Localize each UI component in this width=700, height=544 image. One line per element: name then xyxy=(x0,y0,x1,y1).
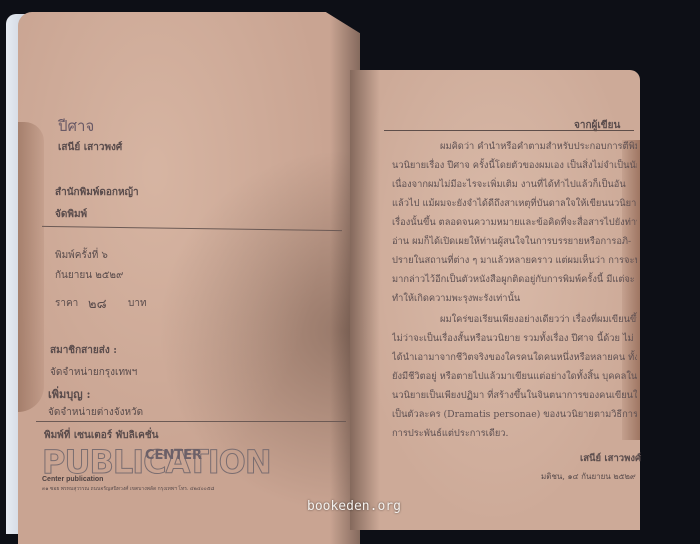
distribution-provinces: จัดจำหน่ายต่างจังหวัด xyxy=(48,405,143,420)
author-signature: เสนีย์ เสาวพงศ์ xyxy=(580,451,641,466)
text-line: ไม่ว่าจะเป็นเรื่องสั้นหรือนวนิยาย รวมทั้… xyxy=(392,329,637,348)
text-line: ยังมีชีวิตอยู่ หรือตายไปแล้วมาเขียนแต่อย… xyxy=(392,367,637,386)
text-line: เป็นตัวละคร (Dramatis personae) ของนวนิย… xyxy=(392,405,637,424)
text-line: ปรายในสถานที่ต่าง ๆ มาแล้วหลายคราว แต่ผม… xyxy=(392,251,637,270)
text-line: ได้นำเอามาจากชีวิตจริงของใครคนใดคนหนึ่งห… xyxy=(392,348,637,367)
price-label: ราคา xyxy=(55,296,78,311)
publisher-name: สำนักพิมพ์ดอกหญ้า xyxy=(55,185,139,200)
center-logo-overlay: CENTER xyxy=(145,448,202,463)
edition-date: กันยายน ๒๕๒๙ xyxy=(55,268,123,283)
text-line: นวนิยายเรื่อง ปีศาจ ครั้งนี้โดยตัวของผมเ… xyxy=(392,156,637,175)
watermark: bookeden.org xyxy=(307,499,401,514)
text-line: แล้วไป แม้ผมจะยังจำได้ดีถึงสาเหตุที่บันด… xyxy=(392,194,637,213)
text-line: ทำให้เกิดความพะรุงพะรังเท่านั้น xyxy=(392,289,637,308)
price-unit: บาท xyxy=(128,296,147,311)
text-line: เรื่องนั้นขึ้น ตลอดจนความหมายและข้อคิดที… xyxy=(392,213,637,232)
text-line: อ่าน ผมก็ได้เปิดเผยให้ท่านผู้สนใจในการบร… xyxy=(392,232,637,251)
foreword-paragraph-1: ผมคิดว่า คำนำหรือคำตามสำหรับประกอบการตีพ… xyxy=(392,137,637,308)
text-line: มากล่าวไว้อีกเป็นตัวหนังสือผูกติดอยู่กับ… xyxy=(392,270,637,289)
book-title: ปีศาจ xyxy=(58,114,94,138)
publisher-address: ๓๑ ซอย พรหมสุวรรณ ถนนจรัญสนิทวงศ์ เขตบาง… xyxy=(42,485,214,493)
publisher-note: จัดพิมพ์ xyxy=(55,207,87,222)
text-line: นวนิยายเป็นเพียงปฏิมา ที่สร้างขึ้นในจินต… xyxy=(392,386,637,405)
welfare-heading: เพิ่มบุญ : xyxy=(48,385,91,403)
publisher-subtitle: Center publication xyxy=(42,476,103,483)
foreword-paragraph-2: ผมใคร่ขอเรียนเพียงอย่างเดียวว่า เรื่องที… xyxy=(392,310,637,443)
divider-bottom xyxy=(36,421,346,422)
text-line: เนื่องจากผมไม่มีอะไรจะเพิ่มเติม งานที่ได… xyxy=(392,175,637,194)
price-value: ๒๘ xyxy=(88,293,107,314)
edition-info: พิมพ์ครั้งที่ ๖ xyxy=(55,248,108,263)
text-line: ผมคิดว่า คำนำหรือคำตามสำหรับประกอบการตีพ… xyxy=(392,137,637,156)
text-line: ผมใคร่ขอเรียนเพียงอย่างเดียวว่า เรื่องที… xyxy=(392,310,637,329)
signature-date: มติชน, ๑๔ กันยายน ๒๕๒๙ xyxy=(541,470,636,483)
text-line: การประพันธ์แต่ประการเดียว. xyxy=(392,424,637,443)
heading-rule xyxy=(384,130,634,131)
contact-heading: สมาชิกสายส่ง : xyxy=(50,343,117,358)
distribution-bangkok: จัดจำหน่ายกรุงเทพฯ xyxy=(50,365,137,380)
author-name: เสนีย์ เสาวพงศ์ xyxy=(58,140,122,155)
printer-info: พิมพ์ที่ เซนเตอร์ พับลิเคชั่น xyxy=(44,428,158,443)
